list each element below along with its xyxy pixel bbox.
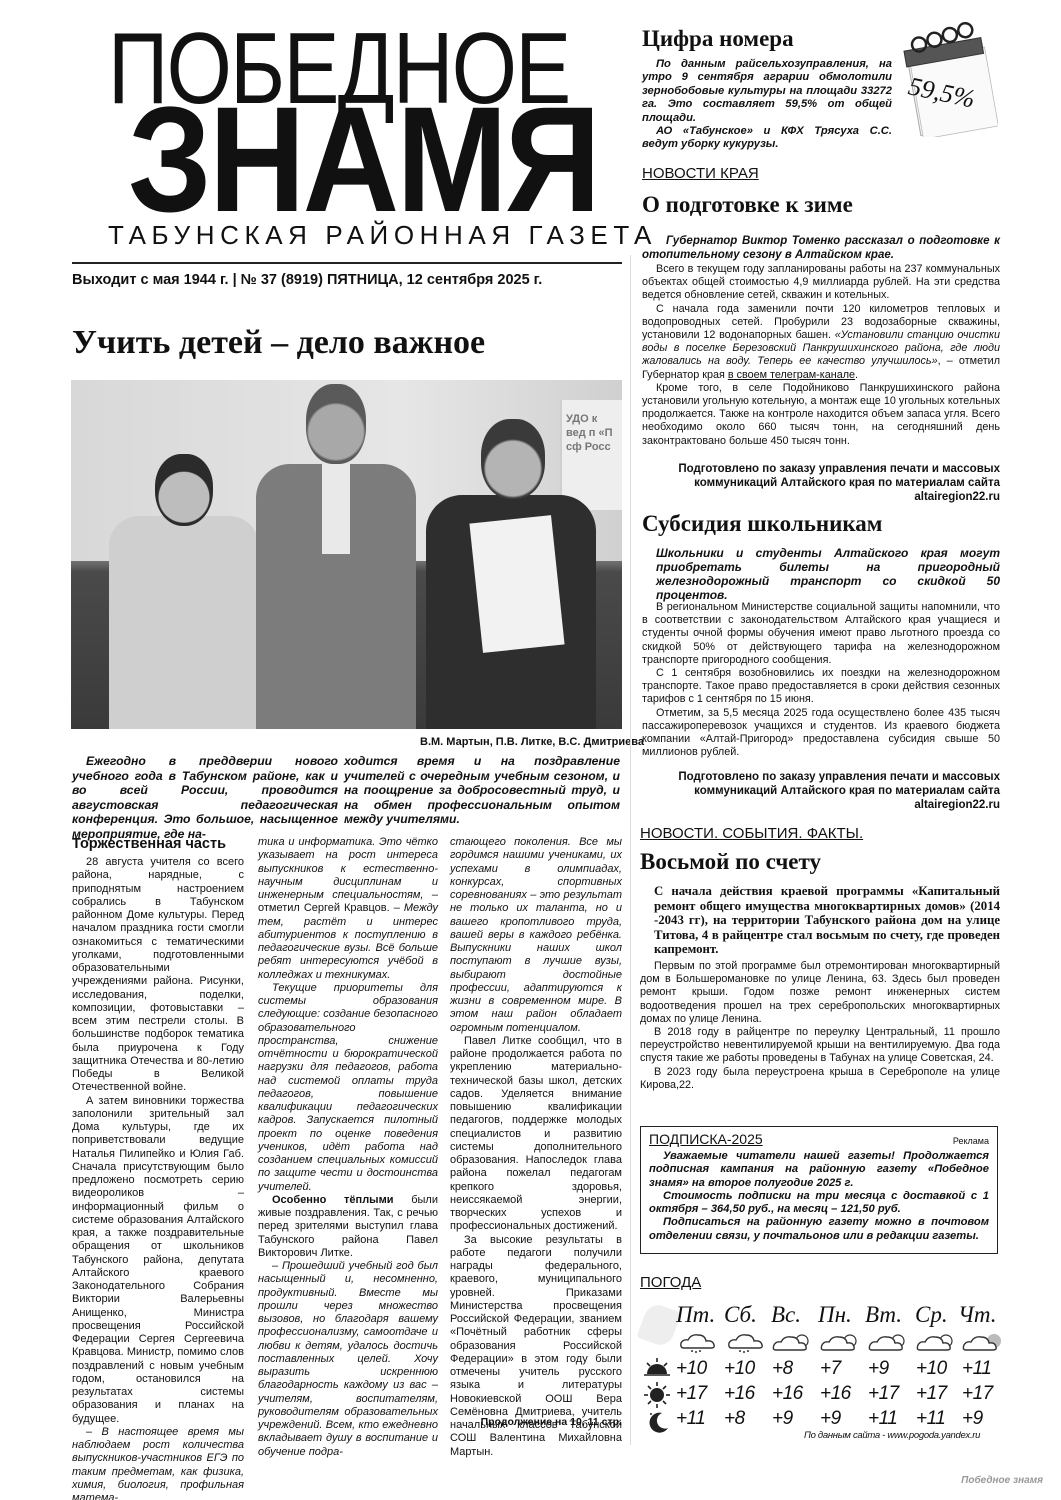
temp-morning: +10 [916, 1358, 947, 1380]
telegram-link[interactable]: в своем телеграм-канале [728, 369, 855, 381]
source-site: altairegion22.ru [642, 798, 1000, 812]
paragraph: 28 августа учителя со всего района, наря… [72, 856, 244, 1095]
figure-of-issue-heading: Цифра номера [642, 26, 794, 52]
region-news-heading: О подготовке к зиме [642, 192, 853, 218]
figure-of-issue-text: По данным райсельхозуправления, на утро … [642, 58, 892, 152]
rubric-region-news: НОВОСТИ КРАЯ [642, 165, 759, 182]
cloudy-icon [868, 1332, 908, 1354]
paragraph: стающего поколения. Все мы гордимся наши… [450, 836, 622, 1035]
temp-morning: +11 [962, 1358, 991, 1380]
temp-night: +11 [676, 1408, 705, 1430]
region-news-body: Всего в текущем году запланированы работ… [642, 263, 1000, 448]
paragraph: Всего в текущем году запланированы работ… [642, 263, 1000, 303]
cloud-sun-icon [962, 1332, 1002, 1354]
moon-icon [646, 1410, 670, 1434]
paragraph: А затем виновники торжества заполонили з… [72, 1095, 244, 1426]
figure-of-issue-paragraph: По данным райсельхозуправления, на утро … [642, 58, 892, 125]
subscription-box: ПОДПИСКА-2025 Реклама Уважаемые читатели… [640, 1126, 998, 1254]
photo-caption: В.М. Мартын, П.В. Литке, В.С. Дмитриева [420, 736, 620, 748]
weather-widget: Пт. Сб. Вс. Пн. Вт. Ср. Чт. +10 +10 +8 +… [640, 1302, 1000, 1442]
paragraph: С 1 сентября возобновились их поездки на… [642, 667, 1000, 707]
paragraph: Особенно тёплыми были живые поздравления… [258, 1194, 438, 1260]
temp-day: +17 [868, 1383, 899, 1405]
cloudy-icon [820, 1332, 860, 1354]
main-article-heading: Учить детей – дело важное [72, 322, 485, 364]
section-subheading: Торжественная часть [72, 836, 244, 852]
source-site: altairegion22.ru [642, 490, 1000, 504]
paragraph: Текущие приоритеты для системы образован… [258, 982, 438, 1194]
weather-day: Вс. [771, 1302, 801, 1328]
eighth-heading: Восьмой по счету [640, 849, 821, 875]
sun-icon [644, 1382, 670, 1408]
temp-day: +16 [820, 1383, 851, 1405]
temp-day: +17 [916, 1383, 947, 1405]
weather-source: По данным сайта - www.pogoda.yandex.ru [804, 1430, 980, 1441]
article-photo: УДО к вед п «П сф Росс [71, 380, 622, 729]
temp-morning: +7 [820, 1358, 841, 1380]
article-column-1: Торжественная часть 28 августа учителя с… [72, 836, 244, 1500]
paragraph: В региональном Министерстве социальной з… [642, 601, 1000, 667]
weather-day: Ср. [915, 1302, 948, 1328]
subscription-text: Уважаемые читатели нашей газеты! Продолж… [649, 1150, 989, 1243]
masthead-subtitle: ТАБУНСКАЯ РАЙОННАЯ ГАЗЕТА [108, 222, 588, 248]
temp-day: +17 [676, 1383, 707, 1405]
leaf-icon [637, 1301, 682, 1348]
temp-night: +9 [772, 1408, 793, 1430]
temp-morning: +10 [676, 1358, 707, 1380]
paragraph: С начала года заменили почти 120 километ… [642, 303, 1000, 382]
subsidy-heading: Субсидия школьникам [642, 511, 882, 537]
article-column-2: тика и информатика. Это чётко указывает … [258, 836, 438, 1459]
paragraph: тика и информатика. Это чётко указывает … [258, 836, 438, 982]
paragraph: В 2023 году была переустроена крыша в Се… [640, 1066, 1000, 1092]
subsidy-lead: Школьники и студенты Алтайского края мог… [656, 546, 1000, 602]
person-right [426, 419, 596, 729]
temp-night: +11 [916, 1408, 945, 1430]
masthead-divider [72, 262, 622, 264]
paragraph: – В настоящее время мы наблюдаем рост ко… [72, 1426, 244, 1500]
person-center [256, 384, 416, 729]
paragraph: – Прошедший учебный год был насыщенный и… [258, 1260, 438, 1459]
paragraph: Павел Литке сообщил, что в районе продол… [450, 1035, 622, 1234]
temp-night: +11 [868, 1408, 897, 1430]
temp-day: +16 [724, 1383, 755, 1405]
region-news-lead: Губернатор Виктор Томенко рассказал о по… [642, 234, 1000, 262]
paragraph: Кроме того, в селе Подойниково Панкруших… [642, 382, 1000, 448]
cloudy-icon [772, 1332, 812, 1354]
weather-day: Чт. [958, 1302, 997, 1328]
subscription-rubric: ПОДПИСКА-2025 [649, 1131, 763, 1147]
cloud-rain-icon [726, 1332, 766, 1354]
temp-morning: +9 [868, 1358, 889, 1380]
calendar-icon: 59,5% [898, 22, 998, 132]
temp-night: +9 [820, 1408, 841, 1430]
column-divider [630, 255, 631, 1445]
eighth-lead: С начала действия краевой программы «Кап… [654, 884, 1000, 957]
paragraph: Отметим, за 5,5 месяца 2025 года осущест… [642, 707, 1000, 760]
weather-day: Сб. [724, 1302, 757, 1328]
rubric-news-events-facts: НОВОСТИ. СОБЫТИЯ. ФАКТЫ. [640, 825, 863, 842]
rubric-weather: ПОГОДА [640, 1274, 701, 1291]
main-article-lead-right: ходится время и на поздравление учителей… [344, 754, 620, 827]
weather-day: Пт. [676, 1302, 715, 1328]
figure-of-issue-paragraph: АО «Табунское» и КФХ Трясуха С.С. ведут … [642, 125, 892, 152]
footer-watermark: Победное знамя [961, 1475, 1043, 1486]
sunrise-icon [644, 1358, 670, 1378]
article-column-3: стающего поколения. Все мы гордимся наши… [450, 836, 622, 1459]
issue-info: Выходит с мая 1944 г. | № 37 (8919) ПЯТН… [72, 272, 542, 288]
ad-label: Реклама [953, 1136, 989, 1146]
person-left [109, 454, 259, 729]
main-article-lead-left: Ежегодно в преддверии нового учебного го… [72, 754, 338, 842]
temp-night: +9 [962, 1408, 983, 1430]
weather-day: Пн. [818, 1302, 852, 1328]
temp-morning: +8 [772, 1358, 793, 1380]
temp-day: +16 [772, 1383, 803, 1405]
eighth-body: Первым по этой программе был отремонтиро… [640, 960, 1000, 1092]
weather-day: Вт. [865, 1302, 902, 1328]
subsidy-body: В региональном Министерстве социальной з… [642, 601, 1000, 759]
cloudy-icon [916, 1332, 956, 1354]
subsidy-credit: Подготовлено по заказу управления печати… [642, 770, 1000, 812]
paragraph: Первым по этой программе был отремонтиро… [640, 960, 1000, 1026]
temp-morning: +10 [724, 1358, 755, 1380]
cloud-rain-icon [678, 1332, 718, 1354]
continued-note: Продолжение на 10, 11 стр. [440, 1416, 622, 1428]
masthead-title-line2: ЗНАМЯ [128, 98, 598, 220]
temp-day: +17 [962, 1383, 993, 1405]
temp-night: +8 [724, 1408, 745, 1430]
paragraph: В 2018 году в райцентре по переулку Цент… [640, 1026, 1000, 1066]
region-news-credit: Подготовлено по заказу управления печати… [642, 462, 1000, 504]
